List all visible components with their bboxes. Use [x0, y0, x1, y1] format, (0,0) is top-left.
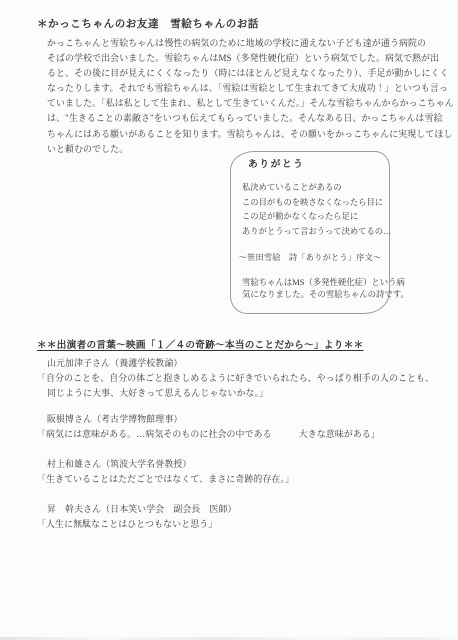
- cast-entry-sakane: 阪根博さん（考古学博物館理事） 「病気には意味がある。…病気そのものに社会の中で…: [37, 412, 445, 442]
- cast-section-heading: ＊＊出演者の言葉～映画「１／４の奇跡～本当のことだから～」より＊＊: [37, 337, 364, 351]
- cast-entry-name: 阪根博さん（考古学博物館理事）: [37, 412, 445, 427]
- cast-entry-name: 山元加津子さん（養護学校教諭）: [37, 356, 445, 371]
- intro-paragraph: かっこちゃんと雪絵ちゃんは慢性の病気のために地域の学校に通えない子ども達が通う病…: [47, 36, 451, 157]
- cast-entry-nobori: 昇 幹夫さん（日本笑い学会 副会長 医師） 「人生に無駄なことはひとつもないと思…: [37, 502, 445, 532]
- cast-entry-yamamoto: 山元加津子さん（養護学校教諭） 「自分のことを、自分の体ごと抱きしめるように好き…: [37, 356, 445, 401]
- cast-entry-quote: 「自分のことを、自分の体ごと抱きしめるように好きでいられたら、やっぱり相手の人の…: [37, 371, 445, 401]
- cast-entry-murakami: 村上和雄さん（筑波大学名誉教授） 「生きていることはただごとではなくて、まさに奇…: [37, 457, 445, 487]
- cast-entry-quote: 「生きていることはただごとではなくて、まさに奇跡的存在。」: [37, 472, 445, 487]
- cast-entry-quote: 「病気には意味がある。…病気そのものに社会の中である 大きな意味がある」: [37, 427, 445, 442]
- document-title: ＊かっこちゃんのお友達 雪絵ちゃんのお話: [37, 16, 259, 31]
- poem-speech-bubble: ありがとう 私決めていることがあるの この目がものを映さなくなったら目に この足…: [230, 151, 390, 314]
- poem-note: 雪絵ちゃんはMS（多発性硬化症）という病 気になりました。その雪絵ちゃんの詩です…: [242, 277, 409, 301]
- cast-entry-name: 昇 幹夫さん（日本笑い学会 副会長 医師）: [37, 502, 445, 517]
- scanned-document-page: ＊かっこちゃんのお友達 雪絵ちゃんのお話 かっこちゃんと雪絵ちゃんは慢性の病気の…: [0, 0, 458, 640]
- poem-title: ありがとう: [248, 156, 304, 170]
- poem-text: 私決めていることがあるの この目がものを映さなくなったら目に この足が動かなくな…: [242, 181, 391, 239]
- cast-entry-name: 村上和雄さん（筑波大学名誉教授）: [37, 457, 445, 472]
- cast-entry-quote: 「人生に無駄なことはひとつもないと思う」: [37, 517, 445, 532]
- poem-attribution: ～笹田雪絵 詩「ありがとう」序文～: [231, 252, 389, 263]
